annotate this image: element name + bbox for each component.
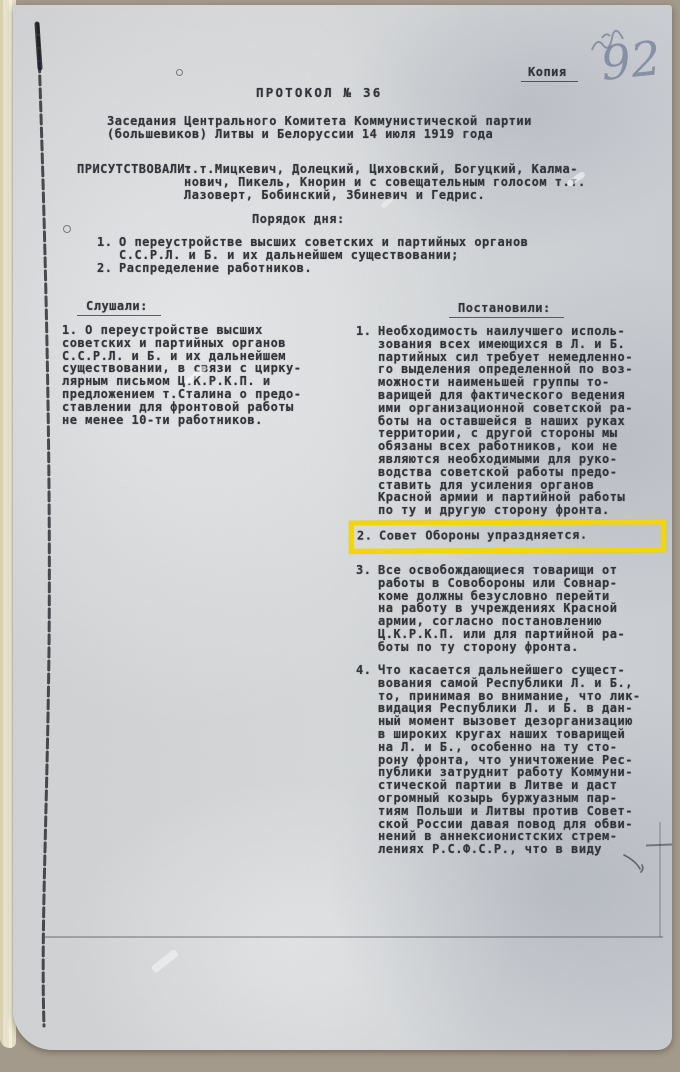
protocol-subtitle: Заседания Центрального Комитета Коммунис… — [107, 115, 532, 141]
agenda-item: 2. Распределение работников. — [97, 262, 528, 275]
pen-stroke — [621, 851, 649, 875]
ink-speck — [63, 225, 71, 233]
scan-background: Копия 92 ПРОТОКОЛ № 36 Заседания Централ… — [0, 0, 680, 1072]
resolution-text: Необходимость наилучшего исполь- зования… — [378, 325, 633, 517]
pencil-scribble — [588, 28, 634, 60]
agenda-item-text: О переустройстве высших советских и парт… — [119, 236, 528, 262]
highlight-box: 2. Совет Обороны упраздняется. — [349, 519, 666, 553]
resolution-text: Все освобождающиеся товарищи от работы в… — [378, 564, 625, 654]
agenda-item-text: Распределение работников. — [119, 262, 312, 275]
resolution-number: 3. — [356, 564, 378, 654]
agenda-item-number: 1. — [97, 236, 119, 262]
agenda-item: 1. О переустройстве высших советских и п… — [97, 236, 528, 262]
agenda-item-number: 2. — [97, 262, 119, 275]
agenda-title: Порядок дня: — [252, 213, 345, 226]
resolution-number: 2. — [357, 530, 379, 543]
resolution-text: Что касается дальнейшего сущест- вования… — [378, 664, 641, 856]
agenda-list: 1. О переустройстве высших советских и п… — [97, 236, 528, 274]
resolution-item-1: 1. Необходимость наилучшего исполь- зова… — [356, 325, 633, 517]
column-header-heard: Слушали: — [77, 300, 161, 316]
copy-label: Копия — [521, 66, 578, 82]
heard-text: 1. О переустройстве высших советских и п… — [62, 324, 301, 426]
resolution-item-4: 4. Что касается дальнейшего сущест- вова… — [356, 664, 641, 856]
impression-line-horizontal — [45, 936, 663, 938]
resolution-text: Совет Обороны упраздняется. — [379, 529, 588, 543]
attendees-label: ПРИСУТСТВОВАЛИ: — [77, 163, 193, 176]
protocol-title: ПРОТОКОЛ № 36 — [256, 87, 382, 100]
impression-line-vertical — [659, 822, 661, 937]
ink-speck — [176, 69, 183, 76]
attendees-text: т.т.Мицкевич, Долецкий, Циховский, Богуц… — [184, 163, 586, 201]
resolution-number: 4. — [356, 664, 378, 856]
resolution-item-2: 2. Совет Обороны упраздняется. — [357, 528, 661, 542]
resolution-item-3: 3. Все освобождающиеся товарищи от работ… — [356, 564, 625, 654]
column-header-resolved: Постановили: — [449, 302, 564, 318]
resolution-number: 1. — [356, 325, 378, 517]
